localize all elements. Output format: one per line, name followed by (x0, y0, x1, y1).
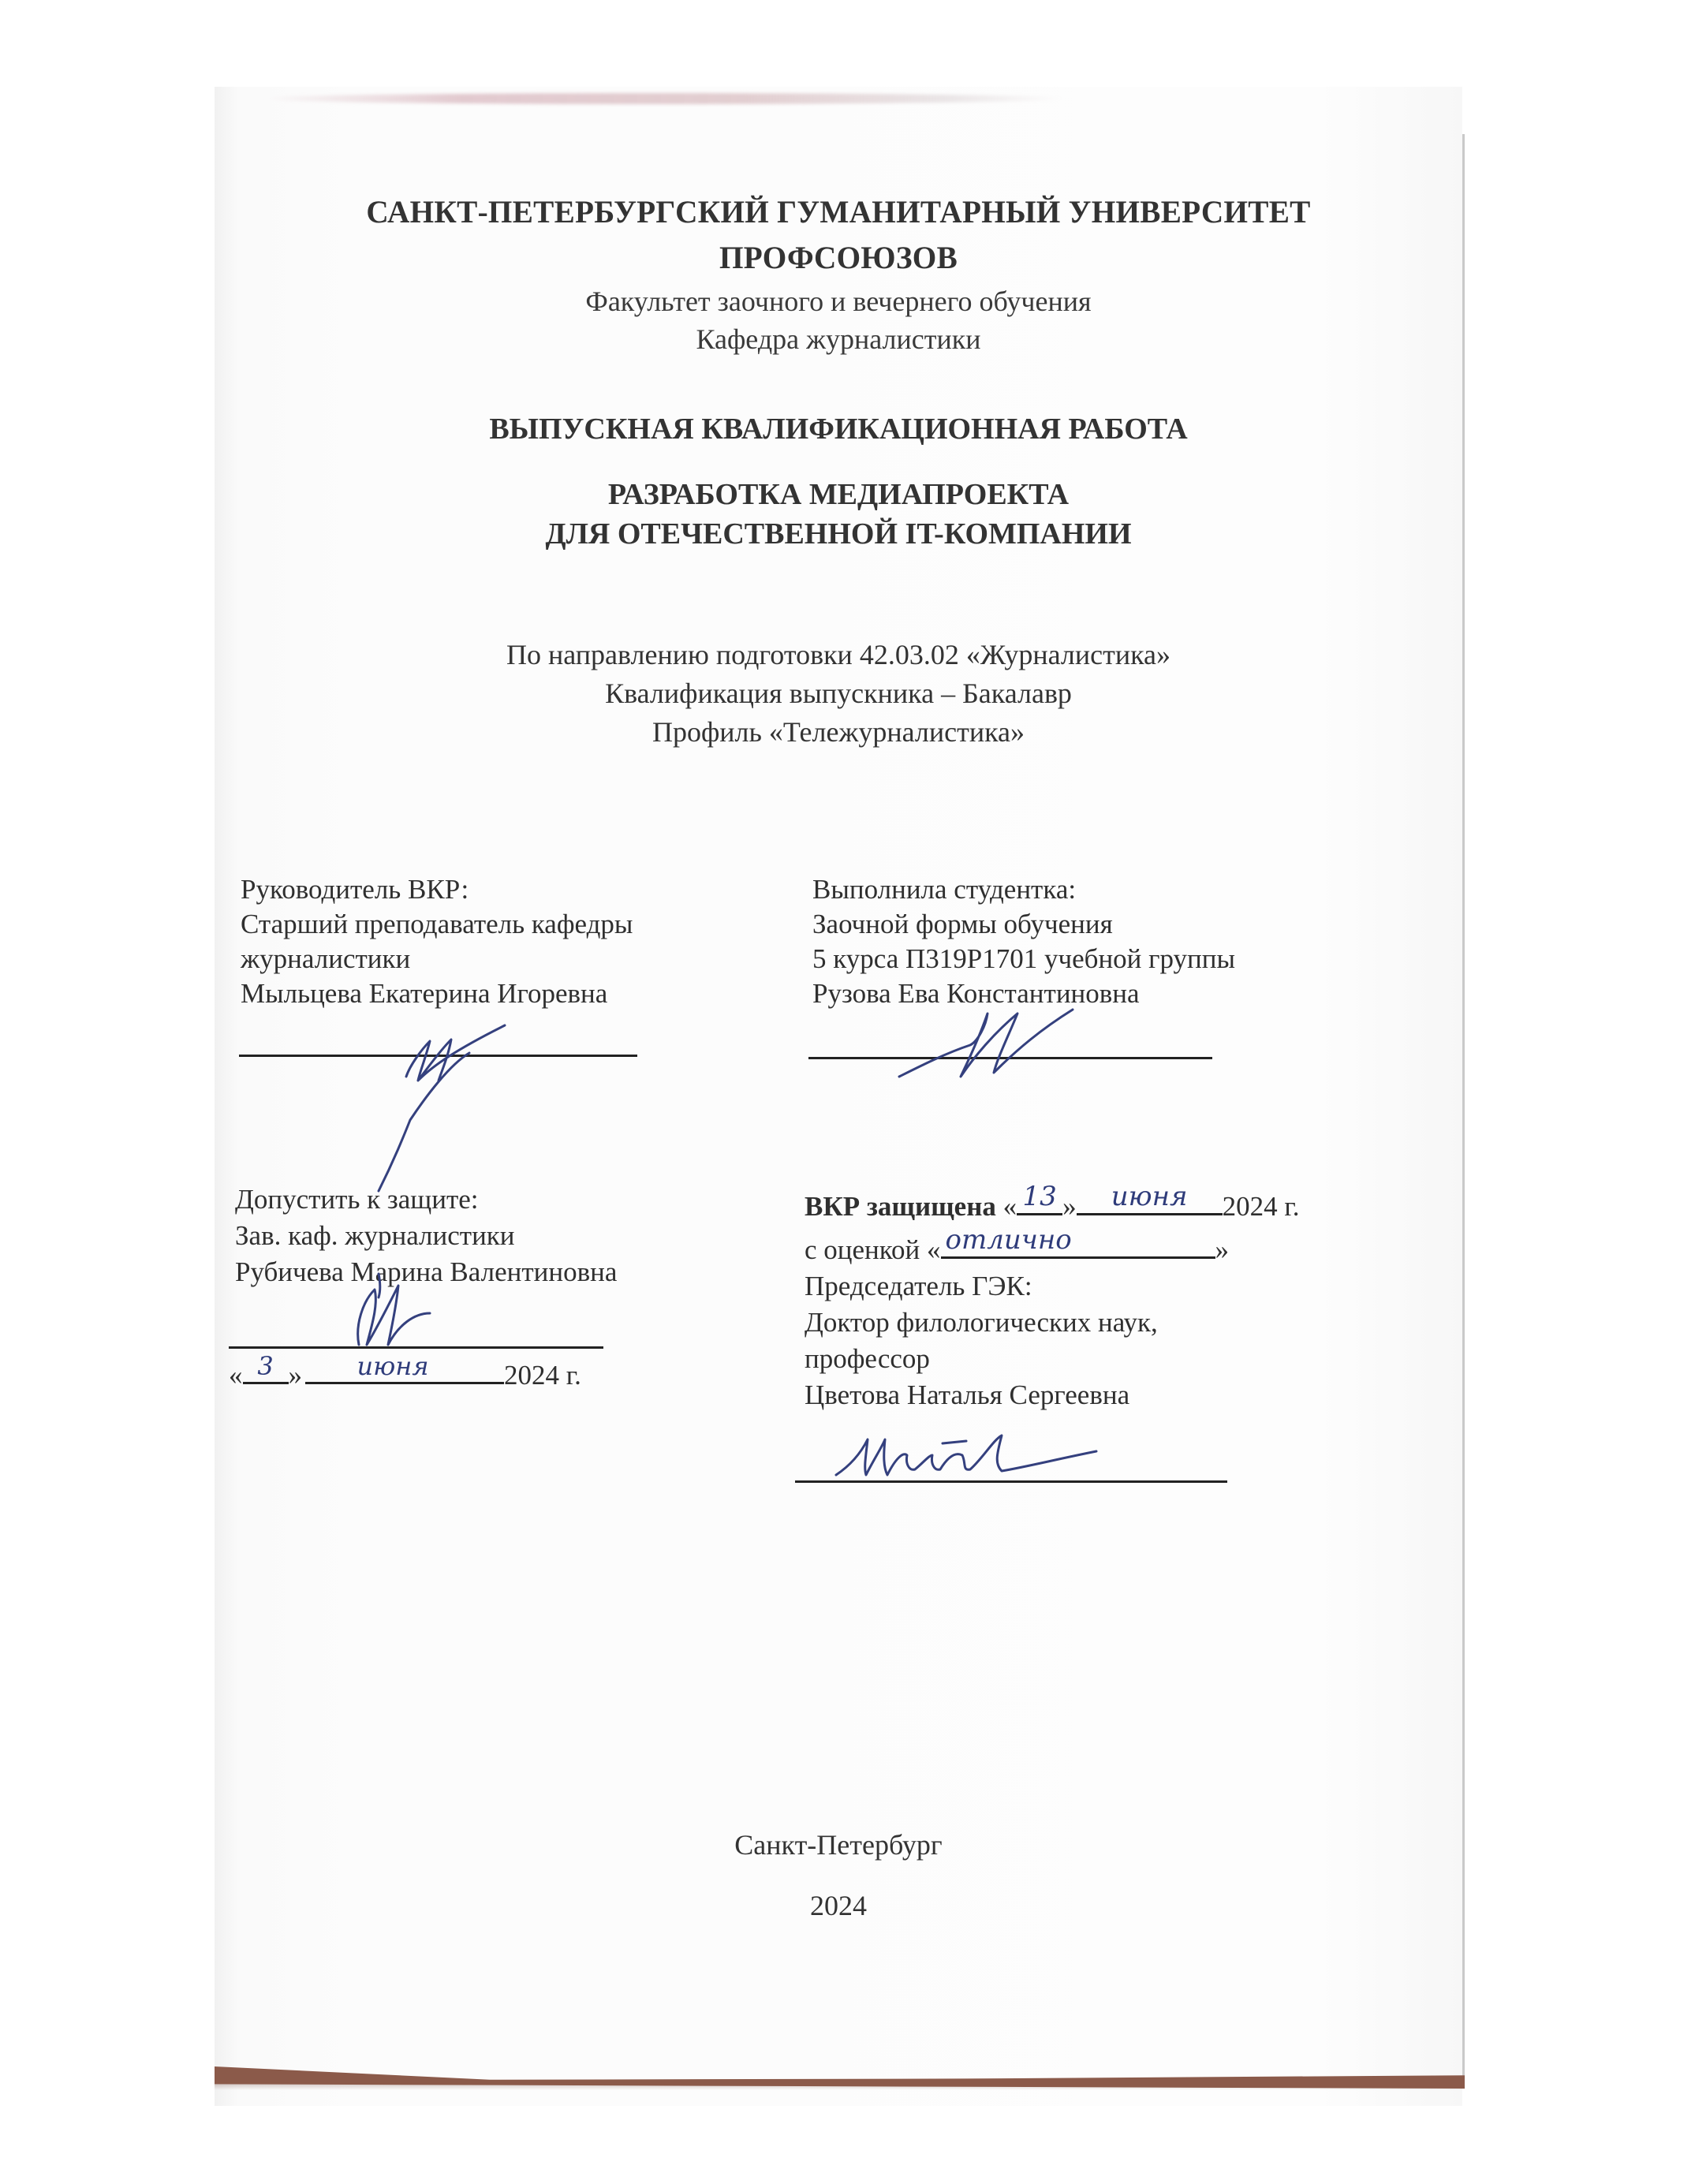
supervisor-name: Мыльцева Екатерина Игоревна (241, 976, 633, 1011)
chair-title: профессор (805, 1341, 1300, 1377)
admission-year: 2024 г. (504, 1360, 581, 1391)
university-line-2: ПРОФСОЮЗОВ (227, 235, 1450, 281)
defense-day-field: 13 (1017, 1182, 1062, 1215)
chair-heading: Председатель ГЭК: (805, 1268, 1300, 1305)
supervisor-position-1: Старший преподаватель кафедры (241, 907, 633, 942)
grade-open-quote: « (927, 1234, 941, 1265)
faculty-name: Факультет заочного и вечернего обучения (215, 282, 1462, 320)
program-direction: По направлению подготовки 42.03.02 «Журн… (215, 636, 1462, 674)
university-name: САНКТ-ПЕТЕРБУРГСКИЙ ГУМАНИТАРНЫЙ УНИВЕРС… (227, 189, 1450, 281)
department-name: Кафедра журналистики (215, 320, 1462, 358)
defense-label: ВКР защищена (805, 1191, 996, 1222)
admission-signature (339, 1270, 457, 1353)
chair-signature (836, 1432, 1136, 1487)
defense-close-quote: » (1062, 1191, 1077, 1222)
grade-value: отлично (946, 1226, 1215, 1253)
faculty-block: Факультет заочного и вечернего обучения … (215, 282, 1462, 358)
admission-month-field: июня (305, 1350, 504, 1384)
student-study-form: Заочной формы обучения (812, 907, 1235, 942)
defense-year: 2024 г. (1223, 1191, 1300, 1222)
program-profile: Профиль «Тележурналистика» (215, 713, 1462, 752)
thesis-topic: РАЗРАБОТКА МЕДИАПРОЕКТА ДЛЯ ОТЕЧЕСТВЕННО… (215, 475, 1462, 554)
supervisor-position-2: журналистики (241, 942, 633, 976)
defense-block: ВКР защищена «13»июня2024 г. с оценкой «… (805, 1182, 1300, 1413)
scan-smudge (260, 93, 1065, 104)
admission-date: «3»июня2024 г. (229, 1350, 581, 1393)
supervisor-signature (363, 1033, 552, 1191)
supervisor-block: Руководитель ВКР: Старший преподаватель … (241, 872, 633, 1011)
page-edge (1462, 134, 1465, 2086)
defense-month-field: июня (1077, 1182, 1223, 1215)
defense-date-row: ВКР защищена «13»июня2024 г. (805, 1182, 1300, 1225)
work-type: ВЫПУСКНАЯ КВАЛИФИКАЦИОННАЯ РАБОТА (215, 410, 1462, 448)
student-block: Выполнила студентка: Заочной формы обуче… (812, 872, 1235, 1011)
defense-day: 13 (1017, 1183, 1062, 1210)
topic-line-1: РАЗРАБОТКА МЕДИАПРОЕКТА (215, 475, 1462, 514)
admission-date-open-quote: « (229, 1360, 243, 1391)
program-qualification: Квалификация выпускника – Бакалавр (215, 674, 1462, 713)
defense-open-quote: « (1003, 1191, 1017, 1222)
program-block: По направлению подготовки 42.03.02 «Журн… (215, 636, 1462, 752)
grade-field: отлично (941, 1225, 1215, 1259)
topic-line-2: ДЛЯ ОТЕЧЕСТВЕННОЙ IT-КОМПАНИИ (215, 514, 1462, 554)
university-line-1: САНКТ-ПЕТЕРБУРГСКИЙ ГУМАНИТАРНЫЙ УНИВЕРС… (227, 189, 1450, 235)
chair-name: Цветова Наталья Сергеевна (805, 1377, 1300, 1413)
grade-close-quote: » (1215, 1234, 1230, 1265)
defense-grade-row: с оценкой «отлично» (805, 1225, 1300, 1268)
defense-month: июня (1077, 1183, 1223, 1210)
student-signature (899, 1010, 1073, 1081)
year: 2024 (215, 1887, 1462, 1925)
supervisor-heading: Руководитель ВКР: (241, 872, 633, 907)
admission-position: Зав. каф. журналистики (235, 1218, 617, 1254)
student-heading: Выполнила студентка: (812, 872, 1235, 907)
grade-label: с оценкой (805, 1234, 920, 1265)
city: Санкт-Петербург (215, 1826, 1462, 1864)
admission-heading: Допустить к защите: (235, 1182, 617, 1218)
admission-month: июня (282, 1353, 504, 1379)
student-name: Рузова Ева Константиновна (812, 976, 1235, 1011)
student-group: 5 курса П319Р1701 учебной группы (812, 942, 1235, 976)
chair-degree: Доктор филологических наук, (805, 1305, 1300, 1341)
